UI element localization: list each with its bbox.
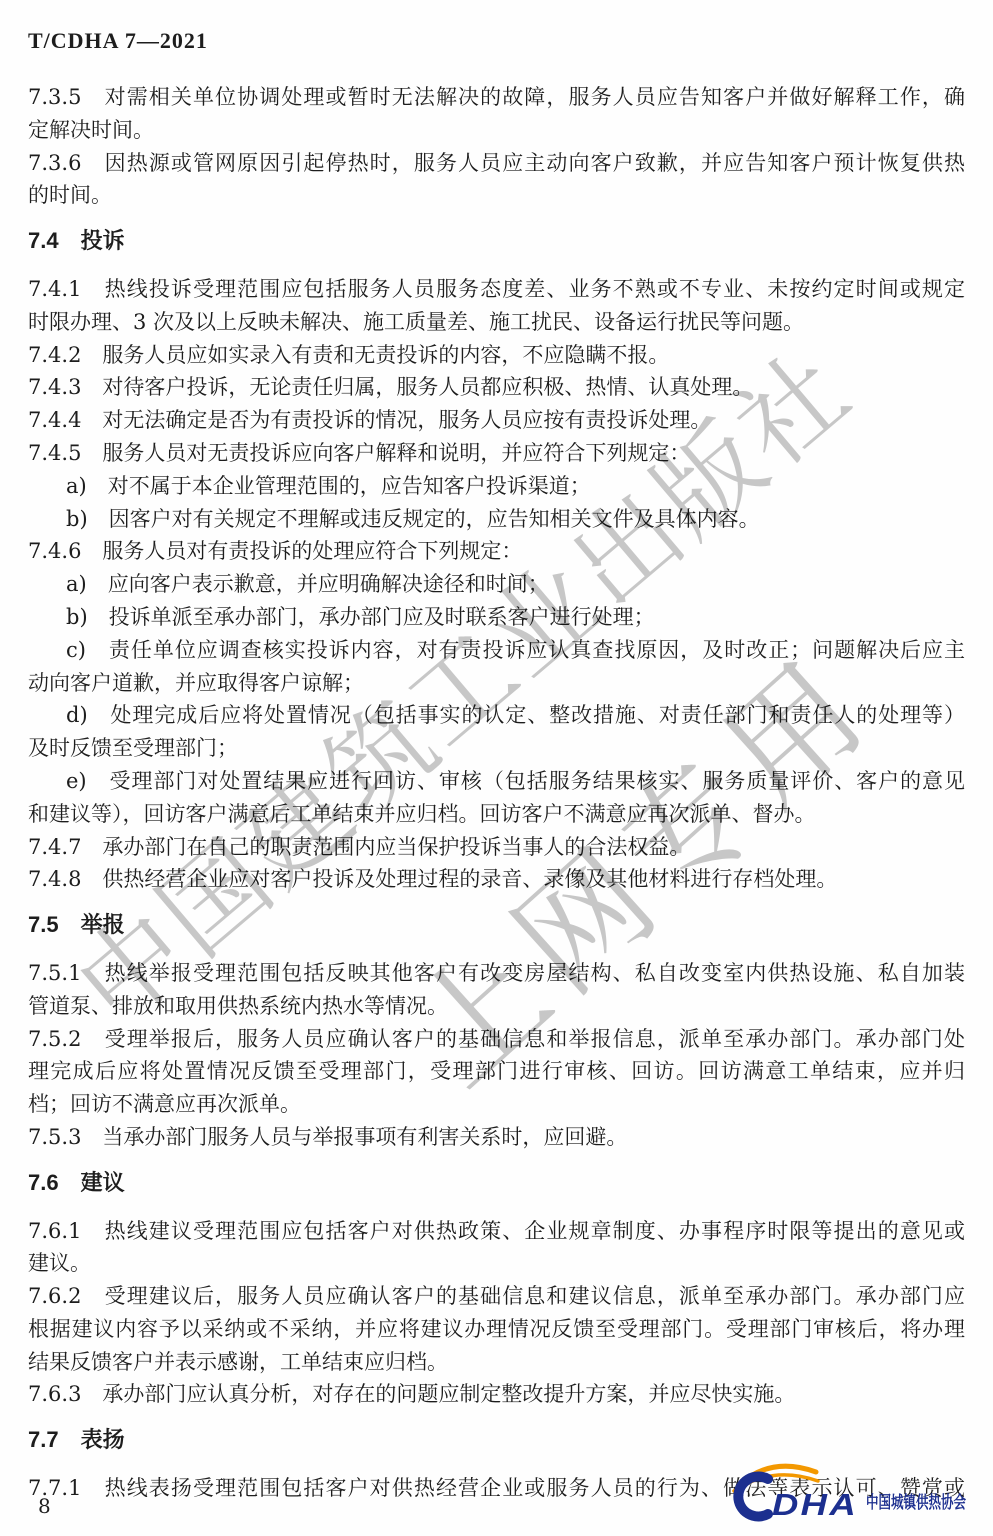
clause-7-6-2-line: 根据建议内容予以采纳或不采纳，并应将建议办理情况反馈至受理部门。受理部门审核后，…	[28, 1313, 965, 1346]
clause-7-3-6-line: 的时间。	[28, 179, 965, 212]
page-number: 8	[38, 1494, 51, 1518]
clause-7-4-2-line: 7.4.2 服务人员应如实录入有责和无责投诉的内容，不应隐瞒不报。	[28, 339, 965, 372]
clause-7-4-1-line: 时限办理、3 次及以上反映未解决、施工质量差、施工扰民、设备运行扰民等问题。	[28, 306, 965, 339]
cdha-association-logo: DHA 中国城镇供热协会	[724, 1452, 972, 1526]
clause-7-3-5-line: 7.3.5 对需相关单位协调处理或暂时无法解决的故障，服务人员应告知客户并做好解…	[28, 81, 965, 114]
section-heading-7-4: 7.4 投诉	[28, 225, 965, 258]
clause-7-4-7-line: 7.4.7 承办部门在自己的职责范围内应当保护投诉当事人的合法权益。	[28, 831, 965, 864]
list-item-e-continuation: 和建议等），回访客户满意后工单结束并应归档。回访客户不满意应再次派单、督办。	[28, 798, 965, 831]
clause-7-3-5-line: 定解决时间。	[28, 114, 965, 147]
document-page: T/CDHA 7—2021 7.3.5 对需相关单位协调处理或暂时无法解决的故障…	[0, 0, 993, 1536]
logo-org-name: 中国城镇供热协会	[866, 1492, 966, 1512]
document-body: 7.3.5 对需相关单位协调处理或暂时无法解决的故障，服务人员应告知客户并做好解…	[28, 81, 965, 1505]
clause-7-4-3-line: 7.4.3 对待客户投诉，无论责任归属，服务人员都应积极、热情、认真处理。	[28, 371, 965, 404]
clause-7-5-2-line: 档；回访不满意应再次派单。	[28, 1088, 965, 1121]
list-item-c-continuation: 动向客户道歉，并应取得客户谅解；	[28, 667, 965, 700]
list-item-b: b) 因客户对有关规定不理解或违反规定的，应告知相关文件及具体内容。	[28, 503, 965, 536]
clause-7-4-4-line: 7.4.4 对无法确定是否为有责投诉的情况，服务人员应按有责投诉处理。	[28, 404, 965, 437]
clause-7-6-1-line: 7.6.1 热线建议受理范围应包括客户对供热政策、企业规章制度、办事程序时限等提…	[28, 1215, 965, 1248]
clause-7-5-2-line: 理完成后应将处置情况反馈至受理部门，受理部门进行审核、回访。回访满意工单结束，应…	[28, 1055, 965, 1088]
clause-7-3-6-line: 7.3.6 因热源或管网原因引起停热时，服务人员应主动向客户致歉，并应告知客户预…	[28, 147, 965, 180]
clause-7-6-2-line: 7.6.2 受理建议后，服务人员应确认客户的基础信息和建议信息，派单至承办部门。…	[28, 1280, 965, 1313]
clause-7-4-6-line: 7.4.6 服务人员对有责投诉的处理应符合下列规定：	[28, 535, 965, 568]
clause-7-6-2-line: 结果反馈客户并表示感谢，工单结束应归档。	[28, 1346, 965, 1379]
clause-7-6-3-line: 7.6.3 承办部门应认真分析，对存在的问题应制定整改提升方案，并应尽快实施。	[28, 1378, 965, 1411]
list-item-d-continuation: 及时反馈至受理部门；	[28, 732, 965, 765]
clause-7-5-1-line: 管道泵、排放和取用供热系统内热水等情况。	[28, 990, 965, 1023]
list-item-a: a) 应向客户表示歉意，并应明确解决途径和时间；	[28, 568, 965, 601]
clause-7-5-1-line: 7.5.1 热线举报受理范围包括反映其他客户有改变房屋结构、私自改变室内供热设施…	[28, 957, 965, 990]
doc-number: T/CDHA 7—2021	[28, 28, 208, 54]
clause-7-6-1-line: 建议。	[28, 1247, 965, 1280]
clause-7-5-2-line: 7.5.2 受理举报后，服务人员应确认客户的基础信息和举报信息，派单至承办部门。…	[28, 1023, 965, 1056]
section-heading-7-6: 7.6 建议	[28, 1167, 965, 1200]
clause-7-4-8-line: 7.4.8 供热经营企业应对客户投诉及处理过程的录音、录像及其他材料进行存档处理…	[28, 863, 965, 896]
list-item-b: b) 投诉单派至承办部门，承办部门应及时联系客户进行处理；	[28, 601, 965, 634]
list-item-e: e) 受理部门对处置结果应进行回访、审核（包括服务结果核实、服务质量评价、客户的…	[28, 765, 965, 798]
clause-7-4-1-line: 7.4.1 热线投诉受理范围应包括服务人员服务态度差、业务不熟或不专业、未按约定…	[28, 273, 965, 306]
list-item-d: d) 处理完成后应将处置情况（包括事实的认定、整改措施、对责任部门和责任人的处理…	[28, 699, 965, 732]
section-heading-7-5: 7.5 举报	[28, 909, 965, 942]
logo-latin-text: DHA	[772, 1487, 858, 1522]
list-item-c: c) 责任单位应调查核实投诉内容，对有责投诉应认真查找原因，及时改正；问题解决后…	[28, 634, 965, 667]
clause-7-5-3-line: 7.5.3 当承办部门服务人员与举报事项有利害关系时，应回避。	[28, 1121, 965, 1154]
list-item-a: a) 对不属于本企业管理范围的，应告知客户投诉渠道；	[28, 470, 965, 503]
clause-7-4-5-line: 7.4.5 服务人员对无责投诉应向客户解释和说明，并应符合下列规定：	[28, 437, 965, 470]
